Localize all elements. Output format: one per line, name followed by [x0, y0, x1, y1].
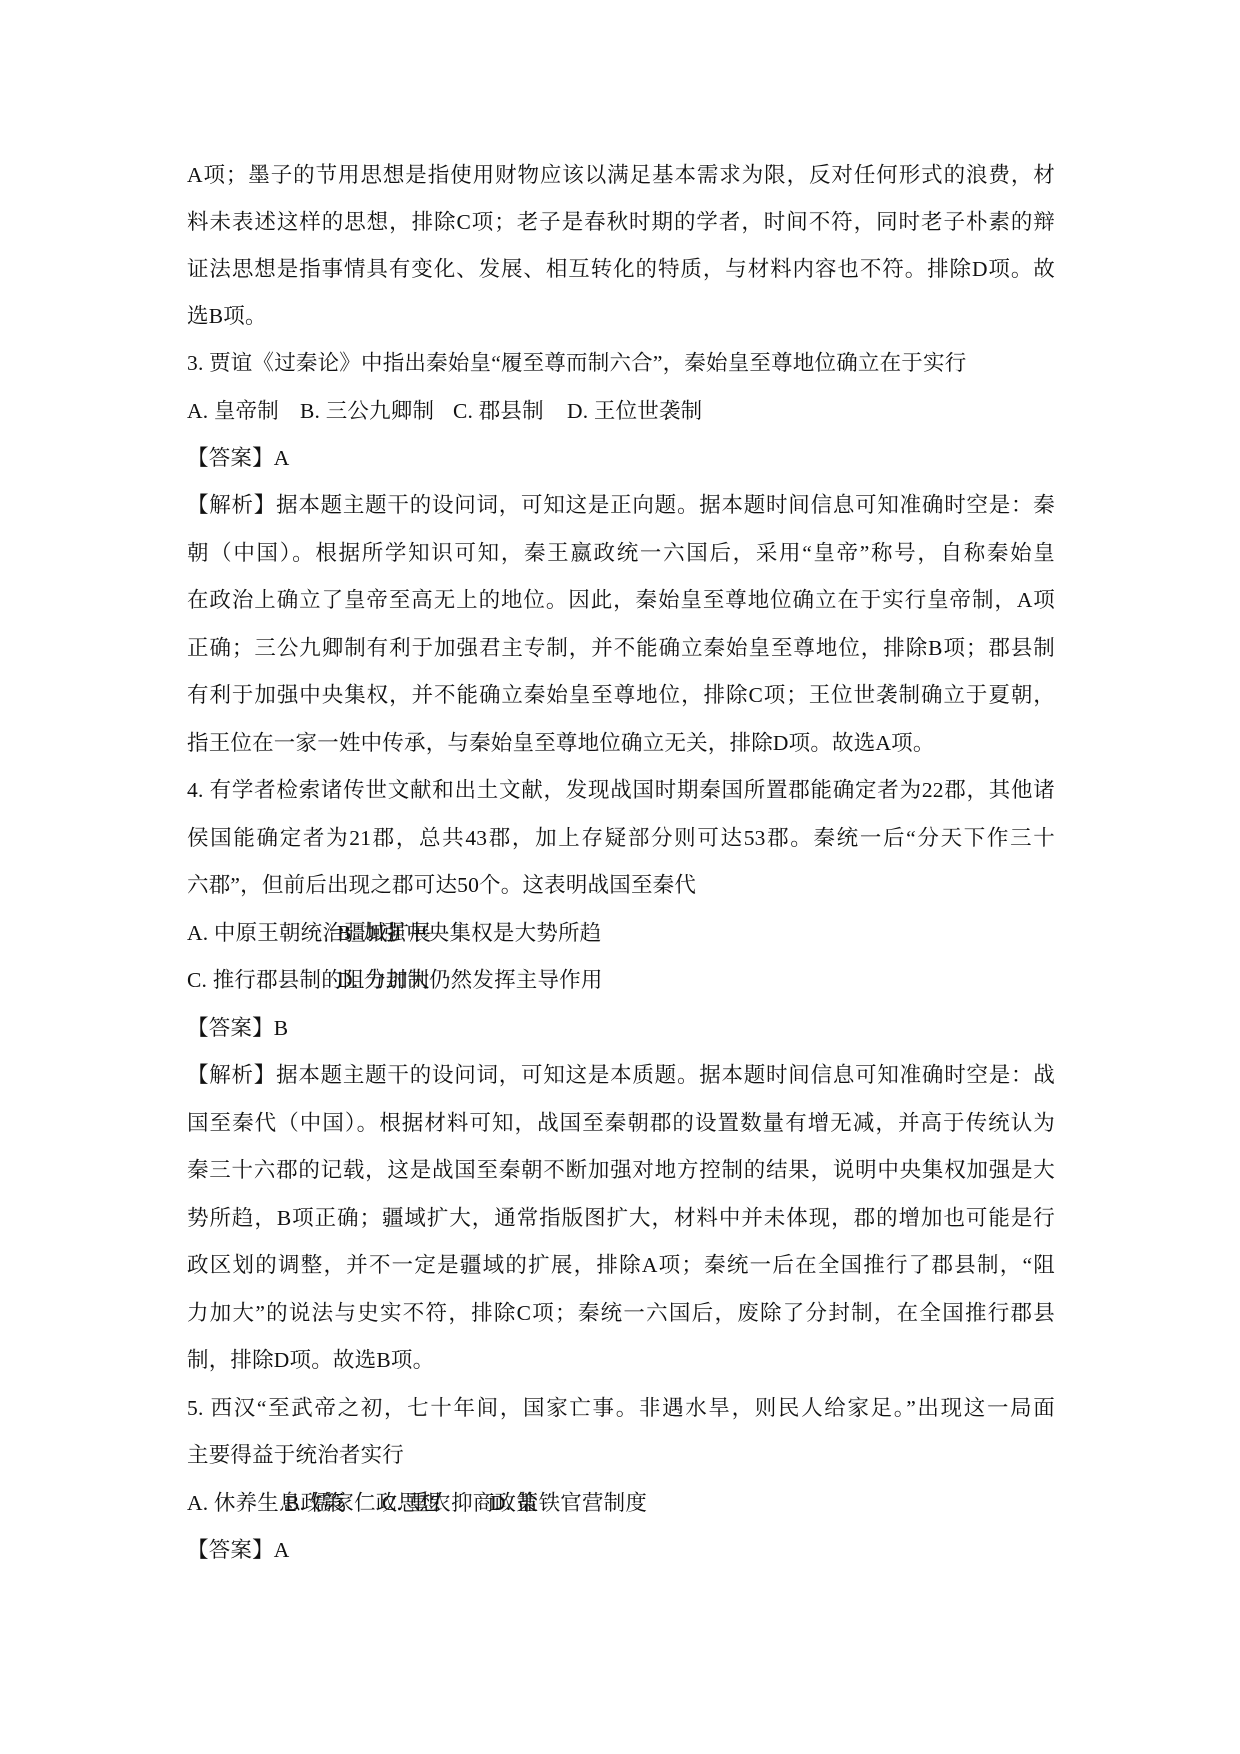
q3-explanation-line: 在政治上确立了皇帝至高无上的地位。因此，秦始皇至尊地位确立在于实行皇帝制，A项	[187, 585, 1055, 615]
q3-answer: 【答案】A	[187, 443, 1055, 473]
q3-explanation-line: 正确；三公九卿制有利于加强君主专制，并不能确立秦始皇至尊地位，排除B项；郡县制	[187, 633, 1055, 663]
q4-stem-line: 4. 有学者检索诸传世文献和出土文献，发现战国时期秦国所置郡能确定者为22郡，其…	[187, 775, 1055, 805]
q4-answer: 【答案】B	[187, 1013, 1055, 1043]
q3-options: A. 皇帝制 B. 三公九卿制 C. 郡县制 D. 王位世袭制	[187, 396, 1055, 426]
q4-explanation-line: 势所趋，B项正确；疆域扩大，通常指版图扩大，材料中并未体现，郡的增加也可能是行	[187, 1203, 1055, 1233]
document-page: A项；墨子的节用思想是指使用财物应该以满足基本需求为限，反对任何形式的浪费，材 …	[0, 0, 1240, 1754]
q5-answer: 【答案】A	[187, 1535, 1055, 1565]
q3-option-d: D. 王位世袭制	[567, 396, 702, 426]
q2-explanation-line: A项；墨子的节用思想是指使用财物应该以满足基本需求为限，反对任何形式的浪费，材	[187, 160, 1055, 190]
q3-explanation-line: 指王位在一家一姓中传承，与秦始皇至尊地位确立无关，排除D项。故选A项。	[187, 728, 1055, 758]
q4-stem-line: 六郡”，但前后出现之郡可达50个。这表明战国至秦代	[187, 870, 1055, 900]
q4-option-d: D. 分封制仍然发挥主导作用	[337, 965, 603, 995]
q4-explanation-line: 制，排除D项。故选B项。	[187, 1345, 1055, 1375]
q3-stem: 3. 贾谊《过秦论》中指出秦始皇“履至尊而制六合”，秦始皇至尊地位确立在于实行	[187, 348, 1055, 378]
q2-explanation-line: 证法思想是指事情具有变化、发展、相互转化的特质，与材料内容也不符。排除D项。故	[187, 254, 1055, 284]
q3-option-a: A. 皇帝制	[187, 396, 279, 426]
q3-explanation-line: 有利于加强中央集权，并不能确立秦始皇至尊地位，排除C项；王位世袭制确立于夏朝，	[187, 680, 1055, 710]
q4-explanation-line: 秦三十六郡的记载，这是战国至秦朝不断加强对地方控制的结果，说明中央集权加强是大	[187, 1155, 1055, 1185]
q4-options-row-2: C. 推行郡县制的阻力加大 D. 分封制仍然发挥主导作用	[187, 965, 1055, 995]
q5-options: A. 休养生息政策 B. 儒家仁政思想 C. 重农抑商政策 D. 盐铁官营制度	[187, 1488, 1055, 1518]
q3-explanation-line: 【解析】据本题主题干的设问词，可知这是正向题。据本题时间信息可知准确时空是：秦	[187, 490, 1055, 520]
q3-option-c: C. 郡县制	[453, 396, 544, 426]
q3-option-b: B. 三公九卿制	[300, 396, 434, 426]
q4-option-b: B. 加强中央集权是大势所趋	[337, 918, 601, 948]
q5-stem-line: 主要得益于统治者实行	[187, 1440, 1055, 1470]
q4-explanation-line: 【解析】据本题主题干的设问词，可知这是本质题。据本题时间信息可知准确时空是：战	[187, 1060, 1055, 1090]
q4-explanation-line: 国至秦代（中国）。根据材料可知，战国至秦朝郡的设置数量有增无减，并高于传统认为	[187, 1108, 1055, 1138]
q3-explanation-line: 朝（中国）。根据所学知识可知，秦王嬴政统一六国后，采用“皇帝”称号，自称秦始皇	[187, 538, 1055, 568]
q5-option-d: D. 盐铁官营制度	[490, 1488, 647, 1518]
q5-stem-line: 5. 西汉“至武帝之初，七十年间，国家亡事。非遇水旱，则民人给家足。”出现这一局…	[187, 1393, 1055, 1423]
q4-explanation-line: 力加大”的说法与史实不符，排除C项；秦统一六国后，废除了分封制，在全国推行郡县	[187, 1298, 1055, 1328]
q2-explanation-line: 选B项。	[187, 301, 1055, 331]
q4-options-row-1: A. 中原王朝统治疆域扩展 B. 加强中央集权是大势所趋	[187, 918, 1055, 948]
q2-explanation-line: 料未表述这样的思想，排除C项；老子是春秋时期的学者，时间不符，同时老子朴素的辩	[187, 207, 1055, 237]
q4-explanation-line: 政区划的调整，并不一定是疆域的扩展，排除A项；秦统一后在全国推行了郡县制，“阻	[187, 1250, 1055, 1280]
q4-stem-line: 侯国能确定者为21郡，总共43郡，加上存疑部分则可达53郡。秦统一后“分天下作三…	[187, 823, 1055, 853]
